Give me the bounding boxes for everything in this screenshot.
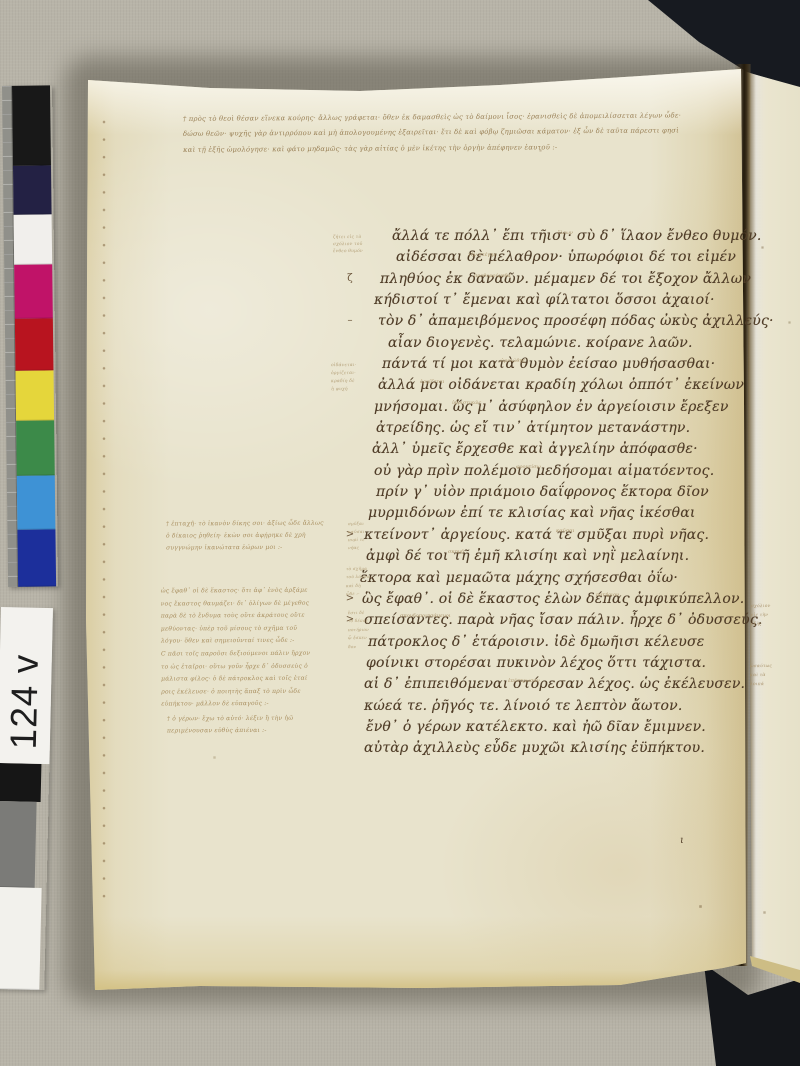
marginal-scholium: οἰδάνεται· ὀργίζεται· κραδίη δὲ ἡ ψυχή	[331, 362, 391, 394]
color-patch-column	[12, 85, 56, 586]
interlinear-gloss: ὑβριστικῶς	[452, 400, 481, 406]
verse-text: οὐ γὰρ πρὶν πολέμοιο μεδήσομαι αἱματόεντ…	[374, 463, 714, 479]
marginal-scholium: ι	[680, 836, 690, 846]
pricking-holes	[100, 114, 108, 909]
verse-line: ἀμφὶ δέ τοι τῆ ἐμῆ κλισίηι καὶ νηῒ μελαί…	[352, 544, 754, 565]
folio-label: 124 v	[0, 607, 53, 764]
color-patch	[16, 420, 55, 475]
color-patch	[14, 214, 53, 264]
verse-text: κτείνοντ᾽ ἀργείους. κατά τε σμῦξαι πυρὶ …	[364, 527, 709, 543]
parchment-specks	[0, 0, 1, 1]
verse-text: αἱ δ᾽ ἐπιπειθόμεναι στόρεσαν λέχος. ὡς ἐ…	[364, 676, 745, 692]
verse-line: ζ πληθύος ἐκ δαναῶν. μέμαμεν δέ τοι ἔξοχ…	[352, 267, 754, 288]
verse-text: αἶαν διογενὲς. τελαμώνιε. κοίρανε λαῶν.	[388, 335, 693, 351]
verse-text: ἀλλ᾽ ὑμεῖς ἔρχεσθε καὶ ἀγγελίην ἀπόφασθε…	[372, 441, 698, 457]
header-scholia: † πρὸς τὸ θεοὶ θέσαν εἵνεκα κούρης· ἄλλω…	[183, 108, 731, 158]
color-patch	[15, 318, 54, 370]
verse-line: ἀλλ᾽ ὑμεῖς ἔρχεσθε καὶ ἀγγελίην ἀπόφασθε…	[352, 437, 754, 458]
interlinear-gloss: ἵλεων	[558, 230, 573, 236]
verse-text: ἔνθ᾽ ὁ γέρων κατέλεκτο. καὶ ἠῶ δῖαν ἔμιμ…	[366, 719, 706, 735]
interlinear-gloss: φροντίσω	[516, 464, 541, 470]
verse-text: ἕκτορα καὶ μεμαῶτα μάχης σχήσεσθαι ὀΐω·	[360, 570, 678, 586]
verse-text: πάντά τί μοι κατὰ θυμὸν ἐείσαο μυθήσασθα…	[382, 356, 715, 372]
interlinear-gloss: ὡμοιώθης	[500, 358, 525, 364]
verse-line: αἱ δ᾽ ἐπιπειθόμεναι στόρεσαν λέχος. ὡς ἐ…	[352, 672, 754, 693]
verse-line: ἀτρείδης. ὡς εἴ τιν᾽ ἀτίμητον μετανάστην…	[352, 416, 754, 437]
verse-line: μνήσομαι. ὥς μ᾽ ἀσύφηλον ἐν ἀργείοισιν ἔ…	[352, 395, 754, 416]
color-patch	[17, 475, 56, 529]
interlinear-gloss: ἐπέστρωσαν	[508, 678, 540, 684]
verse-line: πρίν γ᾽ υἱὸν πριάμοιο δαΐφρονος ἕκτορα δ…	[352, 480, 754, 501]
verse-line: αἶαν διογενὲς. τελαμώνιε. κοίρανε λαῶν.	[352, 331, 754, 352]
verse-text: κώεά τε. ῥῆγός τε. λίνοιό τε λεπτὸν ἄωτο…	[364, 698, 683, 714]
marginal-scholium: † ἑπταχῆ· τὸ ἱκανὸν δίκης σοι· ἀξίως ὧδε…	[166, 518, 348, 556]
verse-line: ἀλλά μοι οἰδάνεται κραδίη χόλωι ὁππότ᾽ ἐ…	[352, 373, 754, 394]
verse-line: αὐτὰρ ἀχιλλεὺς εὗδε μυχῶι κλισίης ἐϋπήκτ…	[352, 736, 754, 757]
verse-text: ὣς ἔφαθ᾽. οἱ δὲ ἕκαστος ἑλὼν δέπας ἀμφικ…	[362, 591, 744, 607]
verse-line: > κτείνοντ᾽ ἀργείους. κατά τε σμῦξαι πυρ…	[352, 523, 754, 544]
verse-line: ἔνθ᾽ ὁ γέρων κατέλεκτο. καὶ ἠῶ δῖαν ἔμιμ…	[352, 715, 754, 736]
verse-line: αἰδέσσαι δὲ μέλαθρον· ὑπωρόφιοι δέ τοι ε…	[352, 245, 754, 266]
interlinear-gloss: καῦσαι	[556, 528, 574, 534]
verse-text: τὸν δ᾽ ἀπαμειβόμενος προσέφη πόδας ὠκὺς …	[378, 313, 774, 329]
interlinear-gloss: τὴν στέγην	[468, 252, 496, 258]
folio-label-text: 124 v	[3, 653, 47, 749]
verse-text: πληθύος ἐκ δαναῶν. μέμαμεν δέ τοι ἔξοχον…	[380, 271, 751, 287]
verse-line: μυρμιδόνων ἐπί τε κλισίας καὶ νῆας ἱκέσθ…	[352, 501, 754, 522]
marginal-scholium: ὡσαύτως καὶ τὰ λοιπά	[750, 662, 796, 689]
color-patch	[13, 165, 52, 214]
verse-text: αὐτὰρ ἀχιλλεὺς εὗδε μυχῶι κλισίης ἐϋπήκτ…	[364, 740, 705, 756]
color-patch	[15, 370, 54, 420]
verse-line: > ὣς ἔφαθ᾽. οἱ δὲ ἕκαστος ἑλὼν δέπας ἀμφ…	[352, 587, 754, 608]
grayscale-patch	[0, 887, 42, 990]
interlinear-gloss: ποτήριον	[596, 592, 619, 598]
verse-line: κήδιστοί τ᾽ ἔμεναι καὶ φίλτατοι ὅσσοι ἀχ…	[352, 288, 754, 309]
marginal-scholium: ὡς ἔφαθ᾽ οἱ δὲ ἕκαστος· ὅτι ἀφ᾽ ἑνὸς ἀρξ…	[161, 584, 364, 711]
critical-sign: –	[343, 310, 357, 331]
color-patch	[14, 264, 53, 318]
marginal-scholium: σχόλιον εἰς τὴν ἑξῆς	[751, 602, 797, 629]
grayscale-patch	[0, 801, 37, 888]
verse-line: ἄλλά τε πόλλ᾽ ἔπι τῆισι· σὺ δ᾽ ἵλαον ἔνθ…	[352, 224, 754, 245]
verse-text: πρίν γ᾽ υἱὸν πριάμοιο δαΐφρονος ἕκτορα δ…	[376, 484, 709, 500]
color-patch	[17, 529, 56, 586]
verse-line: ἕκτορα καὶ μεμαῶτα μάχης σχήσεσθαι ὀΐω·	[352, 566, 754, 587]
folio-label-card: 124 v	[0, 607, 53, 990]
marginal-scholium: σμῦξαι καῦσαι πυρί τε νῆας	[348, 520, 382, 552]
color-patch	[12, 85, 51, 165]
verse-line: πάντά τί μοι κατὰ θυμὸν ἐείσαο μυθήσασθα…	[352, 352, 754, 373]
verse-line: κώεά τε. ῥῆγός τε. λίνοιό τε λεπτὸν ἄωτο…	[352, 694, 754, 715]
verse-text: ἄλλά τε πόλλ᾽ ἔπι τῆισι· σὺ δ᾽ ἵλαον ἔνθ…	[392, 228, 762, 244]
marginal-scholium: ζήτει εἰς τὸ σχόλιον τοῦ ἔνθεο θυμόν	[333, 234, 385, 256]
color-calibration-bar	[2, 85, 58, 587]
verse-text: μνήσομαι. ὥς μ᾽ ἀσύφηλον ἐν ἀργείοισιν ἔ…	[374, 399, 729, 415]
interlinear-gloss: προθυμούμεθα	[474, 273, 511, 279]
interlinear-gloss: ὀργίζεται	[420, 379, 444, 385]
verse-text: ἀμφὶ δέ τοι τῆ ἐμῆ κλισίηι καὶ νηῒ μελαί…	[366, 548, 689, 564]
main-text-block: ἄλλά τε πόλλ᾽ ἔπι τῆισι· σὺ δ᾽ ἵλαον ἔνθ…	[352, 224, 754, 758]
verse-text: φοίνικι στορέσαι πυκινὸν λέχος ὅττι τάχι…	[366, 655, 706, 671]
verse-text: ἀτρείδης. ὡς εἴ τιν᾽ ἀτίμητον μετανάστην…	[376, 420, 690, 436]
verse-line: – τὸν δ᾽ ἀπαμειβόμενος προσέφη πόδας ὠκὺ…	[352, 309, 754, 330]
marginal-scholium: † ὁ γέρων· ἔχω τὸ αὐτό· λέξιν ἢ τὴν ἠῶ π…	[167, 713, 327, 738]
verse-text: πάτροκλος δ᾽ ἑτάροισιν. ἰδὲ δμωῆισι κέλε…	[368, 634, 705, 650]
verse-line: πάτροκλος δ᾽ ἑτάροισιν. ἰδὲ δμωῆισι κέλε…	[352, 630, 754, 651]
manuscript-photograph: 124 v † πρὸς τὸ θεοὶ θέσαν εἵνεκα κούρης…	[0, 0, 800, 1066]
verse-line: οὐ γὰρ πρὶν πολέμοιο μεδήσομαι αἱματόεντ…	[352, 459, 754, 480]
verse-line: φοίνικι στορέσαι πυκινὸν λέχος ὅττι τάχι…	[352, 651, 754, 672]
verse-text: κήδιστοί τ᾽ ἔμεναι καὶ φίλτατοι ὅσσοι ἀχ…	[374, 292, 715, 308]
interlinear-gloss: σκηνῇ	[448, 549, 464, 555]
interlinear-gloss: σπονδοποιησάμενοι	[400, 613, 451, 619]
critical-sign: ζ	[343, 268, 357, 289]
grayscale-patch	[0, 763, 41, 802]
verse-text: αἰδέσσαι δὲ μέλαθρον· ὑπωρόφιοι δέ τοι ε…	[396, 249, 736, 265]
verse-text: μυρμιδόνων ἐπί τε κλισίας καὶ νῆας ἱκέσθ…	[368, 505, 696, 521]
